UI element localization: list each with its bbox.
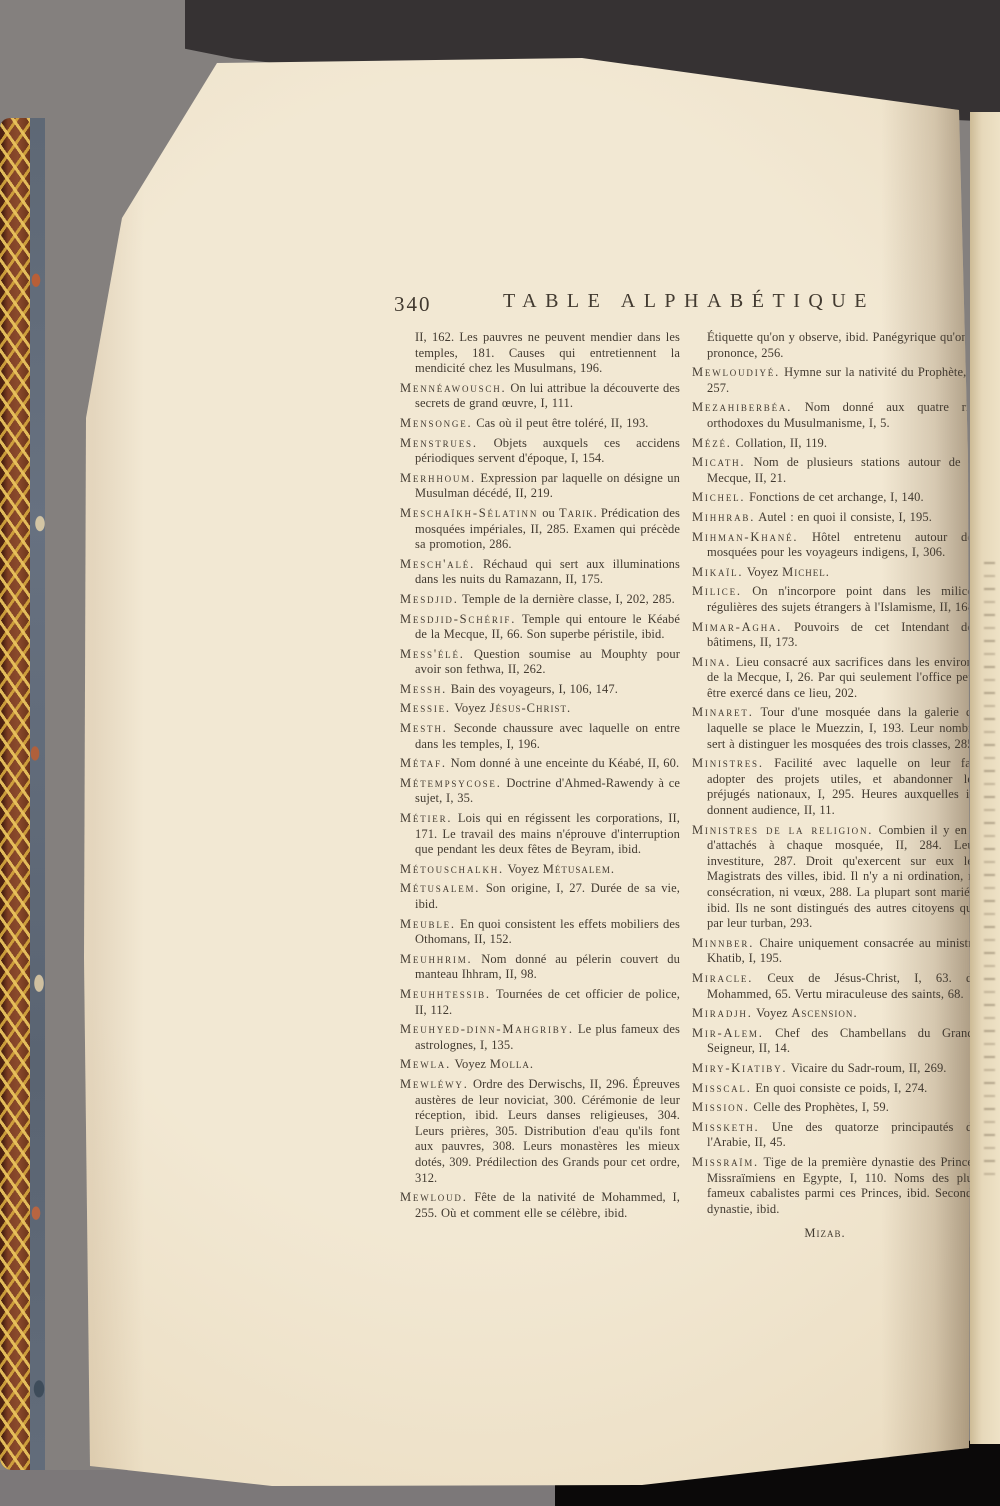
index-headword: Métier. [400, 811, 452, 825]
index-entry: Meschaïkh-Sélatinn ou Tarik. Prédication… [400, 506, 680, 553]
index-headword: Mimar-Agha. [692, 620, 782, 634]
index-entry: Ministres de la religion. Combien il y e… [692, 823, 978, 932]
index-columns: II, 162. Les pauvres ne peuvent mendier … [400, 330, 978, 1225]
index-headword: Mikaïl. [692, 565, 743, 579]
index-headword: Mézé. [692, 436, 732, 450]
index-entry: Michel. Fonctions de cet archange, I, 14… [692, 490, 978, 506]
index-headword: Mesch'alé. [400, 557, 475, 571]
cross-reference: Michel [782, 565, 826, 579]
index-entry: Mihhrab. Autel : en quoi il consiste, I,… [692, 510, 978, 526]
index-headword: Miry-Kiatiby. [692, 1061, 787, 1075]
index-entry: Mesdjid. Temple de la dernière classe, I… [400, 592, 680, 608]
index-headword: Mir-Alem. [692, 1026, 764, 1040]
index-entry: Micath. Nom de plusieurs stations autour… [692, 455, 978, 486]
index-headword: Meuble. [400, 917, 456, 931]
index-headword: Meuhhrim. [400, 952, 472, 966]
index-headword: Messh. [400, 682, 447, 696]
index-entry: Mewla. Voyez Molla. [400, 1057, 680, 1073]
spine-leather-gilt-braid [0, 118, 30, 1470]
index-entry: Mewléwy. Ordre des Derwischs, II, 296. É… [400, 1077, 680, 1186]
index-entry: Missraïm. Tige de la première dynastie d… [692, 1155, 978, 1217]
index-headword: Mewloud. [400, 1190, 468, 1204]
index-entry: Métouschalkh. Voyez Métusalem. [400, 862, 680, 878]
cross-reference: Métusalem [543, 862, 611, 876]
book-spine [0, 118, 88, 1470]
index-entry: Meuhhtessib. Tournées de cet officier de… [400, 987, 680, 1018]
index-headword: Mennéawousch. [400, 381, 506, 395]
index-headword: Mensonge. [400, 416, 472, 430]
index-entry: Miradjh. Voyez Ascension. [692, 1006, 978, 1022]
index-headword: Milice. [692, 584, 742, 598]
facing-page-sliver [970, 112, 1000, 1444]
page-content: 340 TABLE ALPHABÉTIQUE II, 162. Les pauv… [400, 288, 978, 1241]
cross-reference: Jésus-Christ [490, 701, 567, 715]
index-entry: Mesdjid-Schérif. Temple qui entoure le K… [400, 612, 680, 643]
page-header: 340 TABLE ALPHABÉTIQUE [400, 288, 978, 322]
cross-reference: Tarik [559, 506, 594, 520]
marbled-endpaper-edge [30, 118, 45, 1470]
book-page: 340 TABLE ALPHABÉTIQUE II, 162. Les pauv… [82, 58, 970, 1490]
index-entry: Milice. On n'incorpore point dans les mi… [692, 584, 978, 615]
catchword: Mizab. [692, 1226, 978, 1241]
index-entry: Messie. Voyez Jésus-Christ. [400, 701, 680, 717]
index-headword: Mihhrab. [692, 510, 755, 524]
index-headword: Métusalem. [400, 881, 480, 895]
index-entry: Merhhoum. Expression par laquelle on dés… [400, 471, 680, 502]
index-entry: Mewloud. Fête de la nativité de Mohammed… [400, 1190, 680, 1221]
index-headword: Missraïm. [692, 1155, 759, 1169]
index-entry: Missketh. Une des quatorze principautés … [692, 1120, 978, 1151]
index-entry: Ministres. Facilité avec laquelle on leu… [692, 756, 978, 818]
index-entry: Métier. Lois qui en régissent les corpor… [400, 811, 680, 858]
index-entry: Mess'élé. Question soumise au Mouphty po… [400, 647, 680, 678]
index-entry: Étiquette qu'on y observe, ibid. Panégyr… [692, 330, 978, 361]
index-headword: Missketh. [692, 1120, 759, 1134]
index-headword: Métouschalkh. [400, 862, 504, 876]
index-entry: Mission. Celle des Prophètes, I, 59. [692, 1100, 978, 1116]
index-headword: Métaf. [400, 756, 447, 770]
index-entry: Mina. Lieu consacré aux sacrifices dans … [692, 655, 978, 702]
index-entry: Métaf. Nom donné à une enceinte du Kéabé… [400, 756, 680, 772]
index-headword: Métempsycose. [400, 776, 502, 790]
index-column-right: Étiquette qu'on y observe, ibid. Panégyr… [692, 330, 978, 1225]
index-headword: Ministres. [692, 756, 764, 770]
index-column-left: II, 162. Les pauvres ne peuvent mendier … [400, 330, 680, 1225]
index-entry: Mensonge. Cas où il peut être toléré, II… [400, 416, 680, 432]
index-headword: Messie. [400, 701, 451, 715]
index-entry: Minnber. Chaire uniquement consacrée au … [692, 936, 978, 967]
index-entry: Misscal. En quoi consiste ce poids, I, 2… [692, 1081, 978, 1097]
index-entry: Métusalem. Son origine, I, 27. Durée de … [400, 881, 680, 912]
index-entry: Mir-Alem. Chef des Chambellans du Grand-… [692, 1026, 978, 1057]
index-entry: Meuble. En quoi consistent les effets mo… [400, 917, 680, 948]
index-headword: Mess'élé. [400, 647, 465, 661]
index-headword: Micath. [692, 455, 745, 469]
running-title: TABLE ALPHABÉTIQUE [400, 290, 978, 313]
book-photo: { "photo": { "background_color": "#84807… [0, 0, 1000, 1506]
index-headword: Mewla. [400, 1057, 451, 1071]
index-headword: Meschaïkh-Sélatinn [400, 506, 538, 520]
index-headword: Mina. [692, 655, 731, 669]
index-headword: Miradjh. [692, 1006, 753, 1020]
index-entry: Mézé. Collation, II, 119. [692, 436, 978, 452]
index-headword: Mesdjid. [400, 592, 459, 606]
index-headword: Minnber. [692, 936, 754, 950]
index-headword: Mihman-Khané. [692, 530, 798, 544]
index-entry: Mimar-Agha. Pouvoirs de cet Intendant de… [692, 620, 978, 651]
index-headword: Minaret. [692, 705, 754, 719]
index-headword: Misscal. [692, 1081, 752, 1095]
index-headword: Mewléwy. [400, 1077, 469, 1091]
index-headword: Merhhoum. [400, 471, 476, 485]
facing-page-text-blur [984, 562, 995, 1182]
index-headword: Meuhhtessib. [400, 987, 491, 1001]
index-entry: Mihman-Khané. Hôtel entretenu autour des… [692, 530, 978, 561]
index-entry: II, 162. Les pauvres ne peuvent mendier … [400, 330, 680, 377]
cross-reference: Ascension [791, 1006, 853, 1020]
index-entry: Miry-Kiatiby. Vicaire du Sadr-roum, II, … [692, 1061, 978, 1077]
index-entry: Métempsycose. Doctrine d'Ahmed-Rawendy à… [400, 776, 680, 807]
index-headword: Ministres de la religion. [692, 823, 873, 837]
index-headword: Mewloudiyé. [692, 365, 780, 379]
index-headword: Mesth. [400, 721, 448, 735]
index-entry: Mikaïl. Voyez Michel. [692, 565, 978, 581]
index-entry: Mesch'alé. Réchaud qui sert aux illumina… [400, 557, 680, 588]
index-entry: Miracle. Ceux de Jésus-Christ, I, 63. de… [692, 971, 978, 1002]
index-headword: Mission. [692, 1100, 750, 1114]
index-entry: Menstrues. Objets auxquels ces accidens … [400, 436, 680, 467]
cross-reference: Molla [490, 1057, 530, 1071]
index-entry: Mezahiberbéa. Nom donné aux quatre rits … [692, 400, 978, 431]
index-entry: Messh. Bain des voyageurs, I, 106, 147. [400, 682, 680, 698]
index-headword: Michel. [692, 490, 745, 504]
index-headword: Mezahiberbéa. [692, 400, 792, 414]
index-headword: Meuhyed-dinn-Mahgriby. [400, 1022, 574, 1036]
index-entry: Minaret. Tour d'une mosquée dans la gale… [692, 705, 978, 752]
index-entry: Mewloudiyé. Hymne sur la nativité du Pro… [692, 365, 978, 396]
index-headword: Miracle. [692, 971, 753, 985]
index-entry: Meuhyed-dinn-Mahgriby. Le plus fameux de… [400, 1022, 680, 1053]
index-headword: Mesdjid-Schérif. [400, 612, 516, 626]
index-entry: Mennéawousch. On lui attribue la découve… [400, 381, 680, 412]
gilt-page-edges [45, 118, 88, 1470]
index-headword: Menstrues. [400, 436, 478, 450]
index-entry: Mesth. Seconde chaussure avec laquelle o… [400, 721, 680, 752]
index-entry: Meuhhrim. Nom donné au pélerin couvert d… [400, 952, 680, 983]
